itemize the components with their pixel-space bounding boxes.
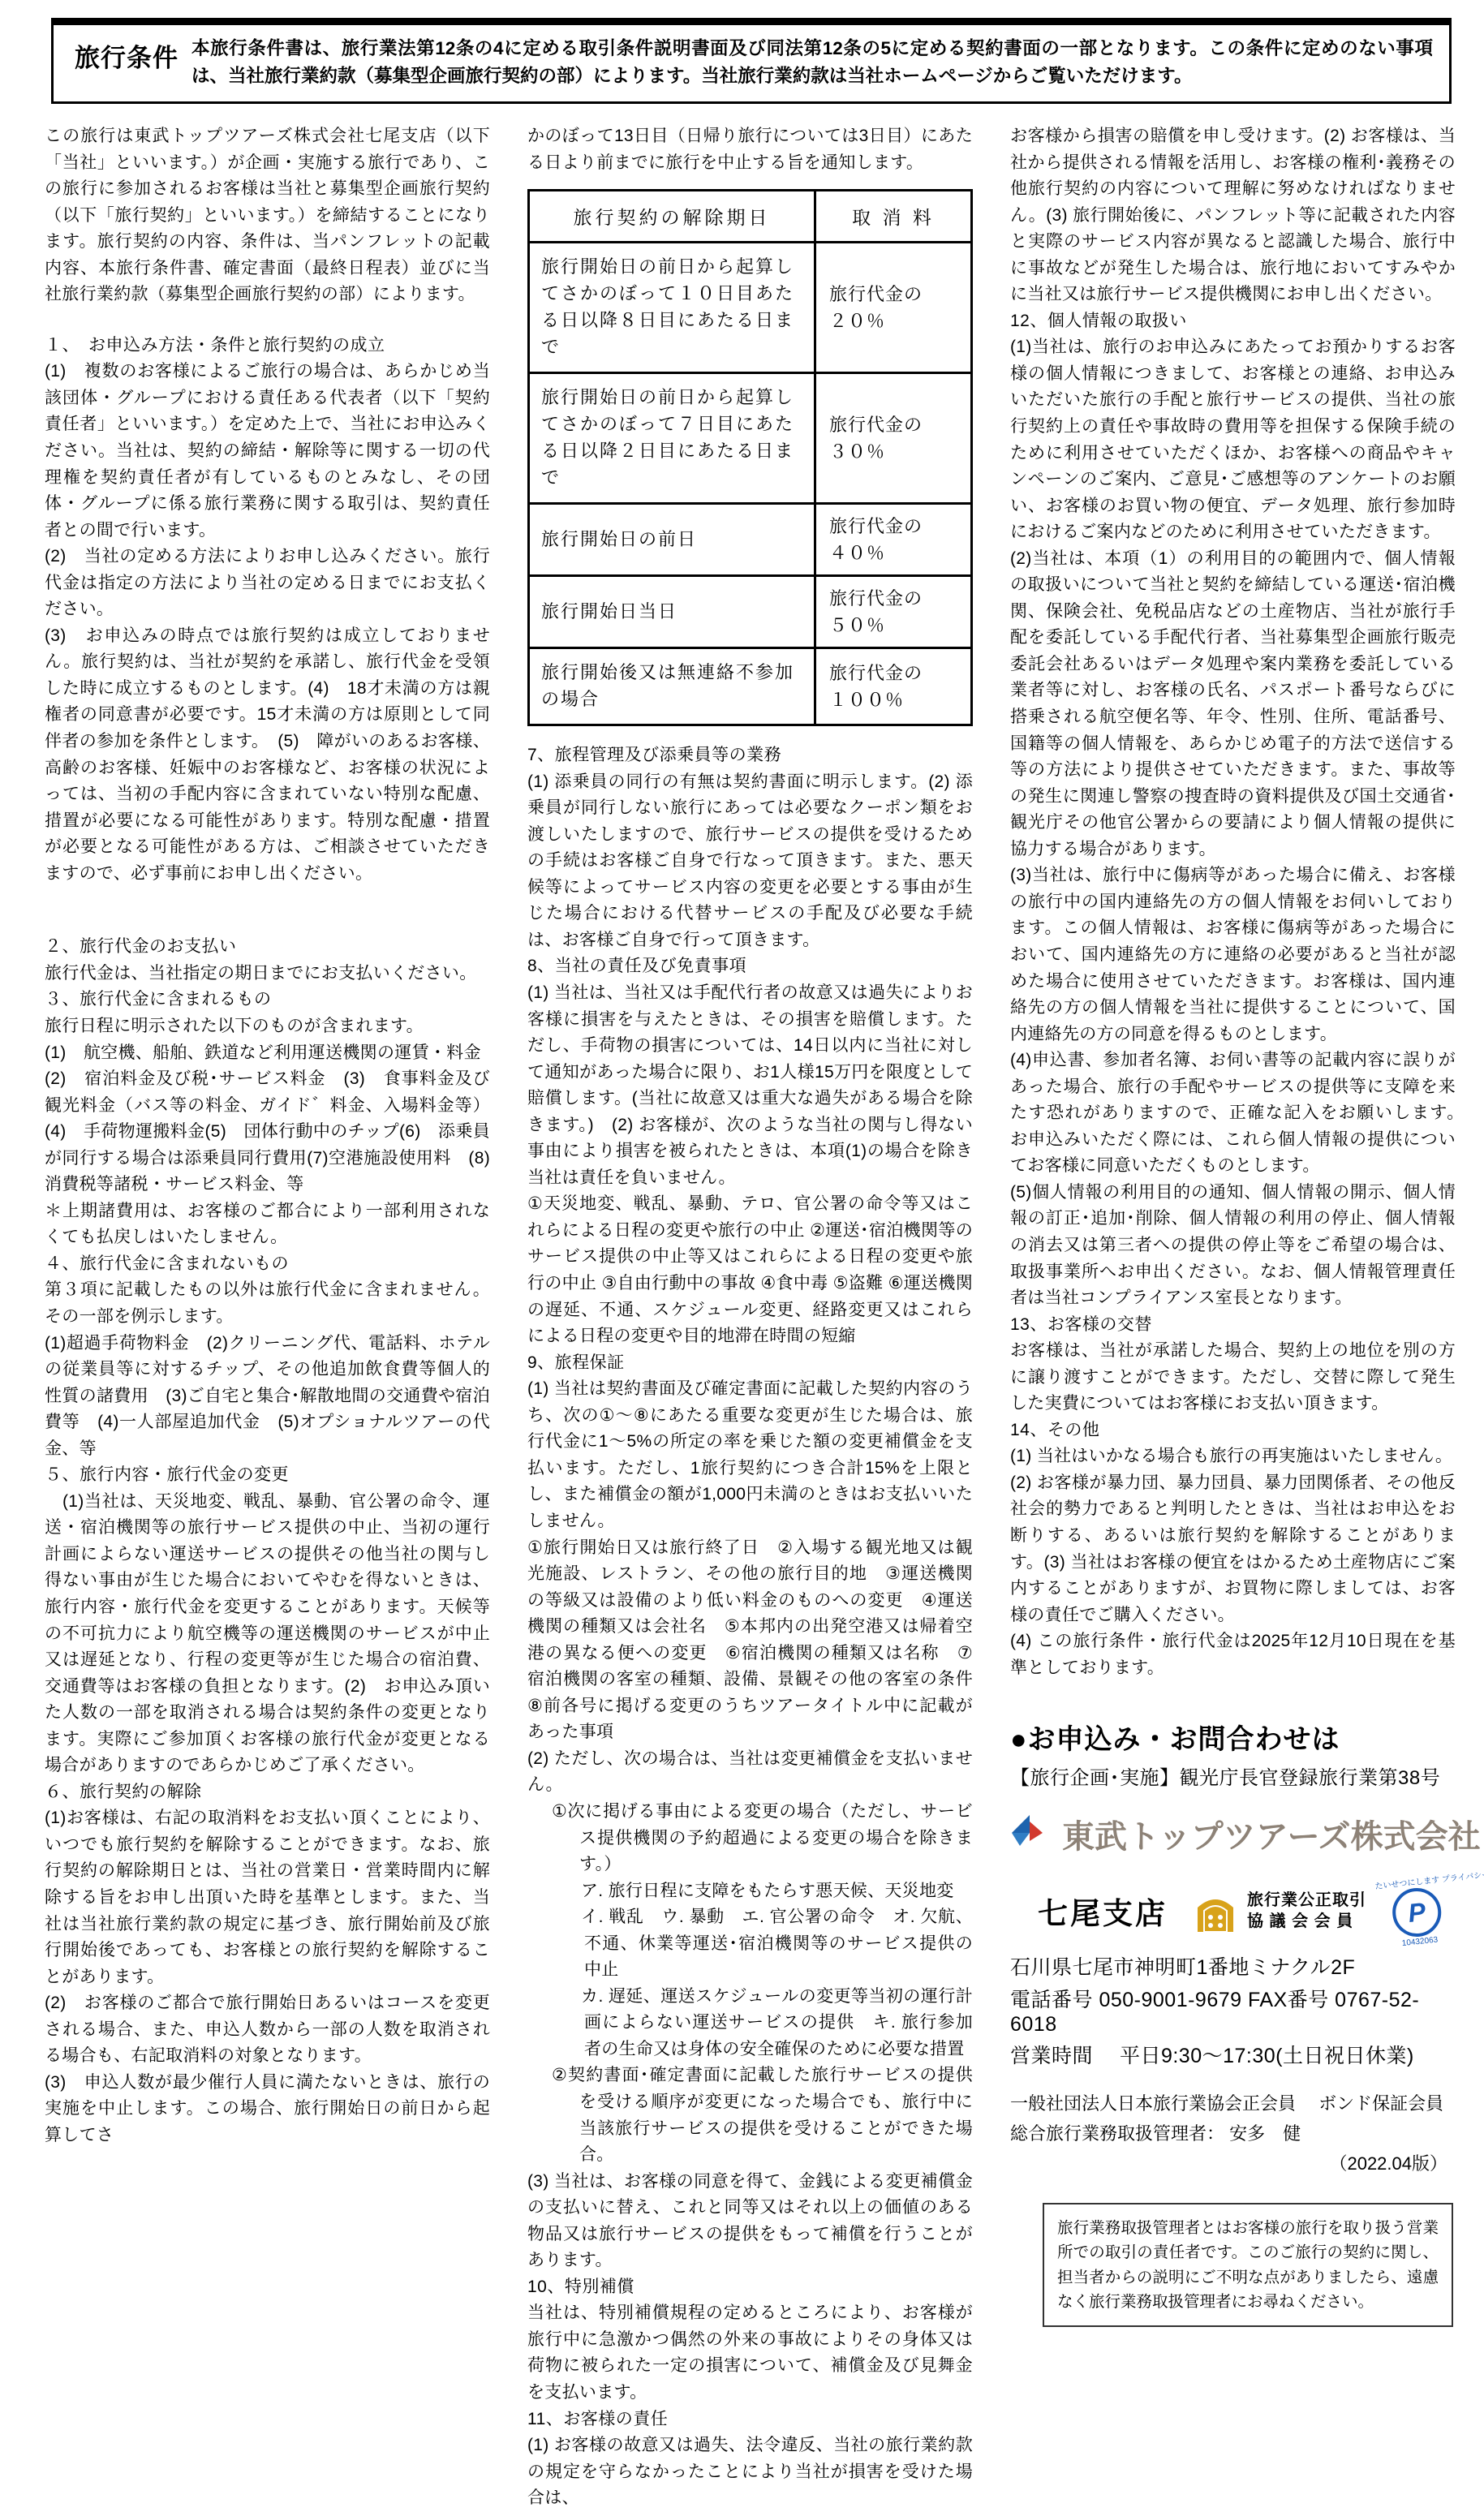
paragraph: ②契約書面･確定書面に記載した旅行サービスの提供を受ける順序が変更になった場合で… — [527, 2063, 973, 2168]
paragraph: かのぼって13日目（日帰り旅行については3日目）にあたる日より前までに旅行を中止… — [527, 123, 973, 176]
privacy-mark-icon: たいせつにします プライバシー P 10432063 — [1374, 1871, 1460, 1951]
section-heading: 8、当社の責任及び免責事項 — [527, 953, 973, 980]
section-heading: 7、旅程管理及び添乗員等の業務 — [527, 742, 973, 769]
section-heading: 9、旅程保証 — [527, 1350, 973, 1377]
paragraph: ①次に掲げる事由による変更の場合（ただし、サービス提供機関の予約超過による変更の… — [527, 1799, 973, 1878]
table-header-fee: 取 消 料 — [815, 191, 972, 243]
cancel-fee-row: 旅行開始後又は無連絡不参加の場合旅行代金の１００％ — [529, 648, 972, 725]
cancel-period-cell: 旅行開始日当日 — [529, 576, 815, 648]
paragraph: (1) 当社はいかなる場合も旅行の再実施はいたしません。 — [1010, 1443, 1456, 1470]
cancel-fee-cell: 旅行代金の３０％ — [815, 373, 972, 504]
section-heading: 13、お客様の交替 — [1010, 1312, 1456, 1339]
paragraph: (1)当社は、天災地変、戦乱、暴動、官公署の命令、運送・宿泊機関等の旅行サービス… — [45, 1489, 490, 1779]
paragraph: カ. 遅延、運送スケジュールの変更等当初の運行計画によらない運送サービスの提供 … — [527, 1984, 973, 2063]
spacer — [45, 887, 490, 934]
fair-trade-label: 旅行業公正取引 協 議 会 会 員 — [1247, 1890, 1366, 1932]
cancel-fee-cell: 旅行代金の４０％ — [815, 504, 972, 576]
paragraph: (2)当社は、本項（1）の利用目的の範囲内で、個人情報の取扱いについて当社と契約… — [1010, 546, 1456, 863]
paragraph: ＊上期諸費用は、お客様のご都合により一部利用されなくても払戻しはいたしません。 — [45, 1198, 490, 1251]
section-heading: ５、旅行内容・旅行代金の変更 — [45, 1462, 490, 1489]
column-3: お客様から損害の賠償を申し受けます。(2) お客様は、当社から提供される情報を活… — [1010, 123, 1456, 2512]
paragraph: (3) お申込みの時点では旅行契約は成立しておりません。旅行契約は、当社が契約を… — [45, 623, 490, 887]
cancel-fee-row: 旅行開始日の前日から起算してさかのぼって１０日目あたる日以降８日目にあたる日まで… — [529, 243, 972, 373]
paragraph: お客様は、当社が承諾した場合、契約上の地位を別の方に譲り渡すことができます。ただ… — [1010, 1338, 1456, 1417]
fair-trade-badge: 旅行業公正取引 協 議 会 会 員 — [1190, 1886, 1366, 1935]
cancel-period-cell: 旅行開始後又は無連絡不参加の場合 — [529, 648, 815, 725]
paragraph: お客様から損害の賠償を申し受けます。(2) お客様は、当社から提供される情報を活… — [1010, 123, 1456, 308]
conditions-header-box: 旅行条件 本旅行条件書は、旅行業法第12条の4に定める取引条件説明書面及び同法第… — [51, 18, 1452, 104]
paragraph: (1) 複数のお客様によるご旅行の場合は、あらかじめ当該団体・グループにおける責… — [45, 359, 490, 544]
column-2-intro: かのぼって13日目（日帰り旅行については3日目）にあたる日より前までに旅行を中止… — [527, 123, 973, 176]
fair-trade-emblem-icon — [1190, 1886, 1241, 1935]
paragraph: (1)超過手荷物料金 (2)クリーニング代、電話料、ホテルの従業員等に対するチッ… — [45, 1331, 490, 1463]
branch-name: 七尾支店 — [1038, 1889, 1168, 1933]
cancellation-fee-table: 旅行契約の解除期日 取 消 料 旅行開始日の前日から起算してさかのぼって１０日目… — [527, 189, 973, 726]
paragraph: 第３項に記載したもの以外は旅行代金に含まれません。その一部を例示します。 — [45, 1277, 490, 1330]
spacer — [45, 308, 490, 333]
column-2-sections: 7、旅程管理及び添乗員等の業務(1) 添乗員の同行の有無は契約書面に明示します。… — [527, 742, 973, 2512]
section-heading: 11、お客様の責任 — [527, 2407, 973, 2433]
table-header-row: 旅行契約の解除期日 取 消 料 — [529, 191, 972, 243]
company-logo-row: 東武トップツアーズ株式会社 — [1010, 1811, 1456, 1857]
column-1: この旅行は東武トップツアーズ株式会社七尾支店（以下「当社」といいます。）が企画・… — [45, 123, 490, 2512]
cancel-fee-row: 旅行開始日の前日旅行代金の４０％ — [529, 504, 972, 576]
section-heading: ３、旅行代金に含まれるもの — [45, 987, 490, 1013]
fair-trade-line2: 協 議 会 会 員 — [1247, 1912, 1353, 1930]
paragraph: 当社は、特別補償規程の定めるところにより、お客様が旅行中に急激かつ偶然の外来の事… — [527, 2300, 973, 2406]
paragraph: (3)当社は、旅行中に傷病等があった場合に備え、お客様の旅行中の国内連絡先の方の… — [1010, 862, 1456, 1047]
paragraph: イ. 戦乱 ウ. 暴動 エ. 官公署の命令 オ. 欠航、不通、休業等運送･宿泊機… — [527, 1904, 973, 1984]
phone-fax-line: 電話番号 050-9001-9679 FAX番号 0767-52-6018 — [1010, 1984, 1456, 2037]
cancel-fee-cell: 旅行代金の２０％ — [815, 243, 972, 373]
section-heading: ６、旅行契約の解除 — [45, 1779, 490, 1806]
paragraph: (2) お客様が暴力団、暴力団員、暴力団関係者、その他反社会的勢力であると判明し… — [1010, 1470, 1456, 1628]
section-heading: ４、旅行代金に含まれないもの — [45, 1251, 490, 1278]
section-heading: 10、特別補償 — [527, 2274, 973, 2301]
cancel-period-cell: 旅行開始日の前日から起算してさかのぼって７日目にあたる日以降２日目にあたる日まで — [529, 373, 815, 504]
document-body: この旅行は東武トップツアーズ株式会社七尾支店（以下「当社」といいます。）が企画・… — [45, 123, 1456, 2512]
travel-manager-name: 総合旅行業務取扱管理者： 安多 健 — [1010, 2120, 1456, 2145]
paragraph: (2) お客様のご都合で旅行開始日あるいはコースを変更される場合、また、申込人数… — [45, 1990, 490, 2070]
paragraph: ア. 旅行日程に支障をもたらす悪天候、天災地変 — [527, 1878, 973, 1905]
page-title: 旅行条件 — [75, 35, 179, 90]
privacy-mark-letter: P — [1407, 1899, 1427, 1926]
branch-row: 七尾支店 — [1010, 1875, 1456, 1946]
paragraph: ①旅行開始日又は旅行終了日 ②入場する観光地又は観光施設、レストラン、その他の旅… — [527, 1535, 973, 1746]
paragraph: ①天災地変、戦乱、暴動、テロ、官公署の命令等又はこれらによる日程の変更や旅行の中… — [527, 1191, 973, 1349]
paragraph: (4) この旅行条件・旅行代金は2025年12月10日現在を基準としております。 — [1010, 1628, 1456, 1681]
paragraph: 旅行日程に明示された以下のものが含まれます。 — [45, 1013, 490, 1040]
cancel-fee-cell: 旅行代金の５０％ — [815, 576, 972, 648]
paragraph: 旅行代金は、当社指定の期日までにお支払いください。 — [45, 961, 490, 987]
section-heading: １、 お申込み方法・条件と旅行契約の成立 — [45, 333, 490, 359]
section-heading: 14、その他 — [1010, 1417, 1456, 1444]
section-heading: ２、旅行代金のお支払い — [45, 934, 490, 961]
cancel-fee-row: 旅行開始日の前日から起算してさかのぼって７日目にあたる日以降２日目にあたる日まで… — [529, 373, 972, 504]
paragraph: (1) 当社は契約書面及び確定書面に記載した契約内容のうち、次の①～⑧にあたる重… — [527, 1376, 973, 1534]
paragraph: (1) 航空機、船舶、鉄道など利用運送機関の運賃・料金 — [45, 1040, 490, 1067]
company-name: 東武トップツアーズ株式会社 — [1062, 1811, 1481, 1857]
document-version: （2022.04版） — [1010, 2150, 1447, 2175]
membership-block: 一般社団法人日本旅行業協会正会員 ボンド保証会員 総合旅行業務取扱管理者： 安多… — [1010, 2090, 1456, 2175]
association-membership: 一般社団法人日本旅行業協会正会員 ボンド保証会員 — [1010, 2090, 1456, 2115]
business-hours: 営業時間 平日9:30～17:30(土日祝日休業) — [1010, 2040, 1456, 2069]
header-description: 本旅行条件書は、旅行業法第12条の4に定める取引条件説明書面及び同法第12条の5… — [191, 35, 1433, 90]
contact-section: ●お申込み・お問合わせは 【旅行企画･実施】観光庁長官登録旅行業第38号 東武ト… — [1010, 1717, 1456, 2327]
paragraph: (1) 添乗員の同行の有無は契約書面に明示します。(2) 添乗員が同行しない旅行… — [527, 769, 973, 954]
paragraph: (2) 宿泊料金及び税･サービス料金 (3) 食事料金及び観光料金（バス等の料金… — [45, 1066, 490, 1198]
paragraph: (1) お客様の故意又は過失、法令違反、当社の旅行業約款の規定を守らなかったこと… — [527, 2432, 973, 2512]
license-registration: 【旅行企画･実施】観光庁長官登録旅行業第38号 — [1010, 1761, 1456, 1790]
cancel-period-cell: 旅行開始日の前日から起算してさかのぼって１０日目あたる日以降８日目にあたる日まで — [529, 243, 815, 373]
paragraph: (1)お客様は、右記の取消料をお支払い頂くことにより、いつでも旅行契約を解除する… — [45, 1805, 490, 1990]
paragraph: (1) 当社は、当社又は手配代行者の故意又は過失によりお客様に損害を与えたときは… — [527, 980, 973, 1191]
section-heading: 12、個人情報の取扱い — [1010, 308, 1456, 335]
paragraph: (1)当社は、旅行のお申込みにあたってお預かりするお客様の個人情報につきまして、… — [1010, 334, 1456, 545]
paragraph: (2) ただし、次の場合は、当社は変更補償金を支払いません。 — [527, 1746, 973, 1799]
paragraph: (2) 当社の定める方法によりお申し込みください。旅行代金は指定の方法により当社… — [45, 544, 490, 623]
paragraph: (3) 当社は、お客様の同意を得て、金銭による変更補償金の支払いに替え、これと同… — [527, 2169, 973, 2274]
branch-address: 石川県七尾市神明町1番地ミナクル2F — [1010, 1951, 1456, 1981]
cancel-period-cell: 旅行開始日の前日 — [529, 504, 815, 576]
tobu-top-tours-logo-icon — [1010, 1813, 1052, 1855]
cancel-fee-row: 旅行開始日当日旅行代金の５０％ — [529, 576, 972, 648]
fair-trade-line1: 旅行業公正取引 — [1247, 1891, 1366, 1909]
column-2: かのぼって13日目（日帰り旅行については3日目）にあたる日より前までに旅行を中止… — [527, 123, 973, 2512]
paragraph: この旅行は東武トップツアーズ株式会社七尾支店（以下「当社」といいます。）が企画・… — [45, 123, 490, 308]
paragraph: (4)申込書、参加者名簿、お伺い書等の記載内容に誤りがあった場合、旅行の手配やサ… — [1010, 1047, 1456, 1180]
manager-note-box: 旅行業務取扱管理者とはお客様の旅行を取り扱う営業所での取引の責任者です。このご旅… — [1043, 2203, 1453, 2327]
privacy-mark-circle: P — [1390, 1886, 1443, 1939]
column-3-sections: お客様から損害の賠償を申し受けます。(2) お客様は、当社から提供される情報を活… — [1010, 123, 1456, 1681]
contact-heading: ●お申込み・お問合わせは — [1010, 1717, 1456, 1757]
paragraph: (5)個人情報の利用目的の通知、個人情報の開示、個人情報の訂正･追加･削除、個人… — [1010, 1180, 1456, 1312]
certification-badges: 旅行業公正取引 協 議 会 会 員 たいせつにします プライバシー P 1043… — [1190, 1875, 1456, 1946]
cancel-fee-cell: 旅行代金の１００％ — [815, 648, 972, 725]
table-header-period: 旅行契約の解除期日 — [529, 191, 815, 243]
paragraph: (3) 申込人数が最少催行人員に満たないときは、旅行の実施を中止します。この場合… — [45, 2070, 490, 2149]
